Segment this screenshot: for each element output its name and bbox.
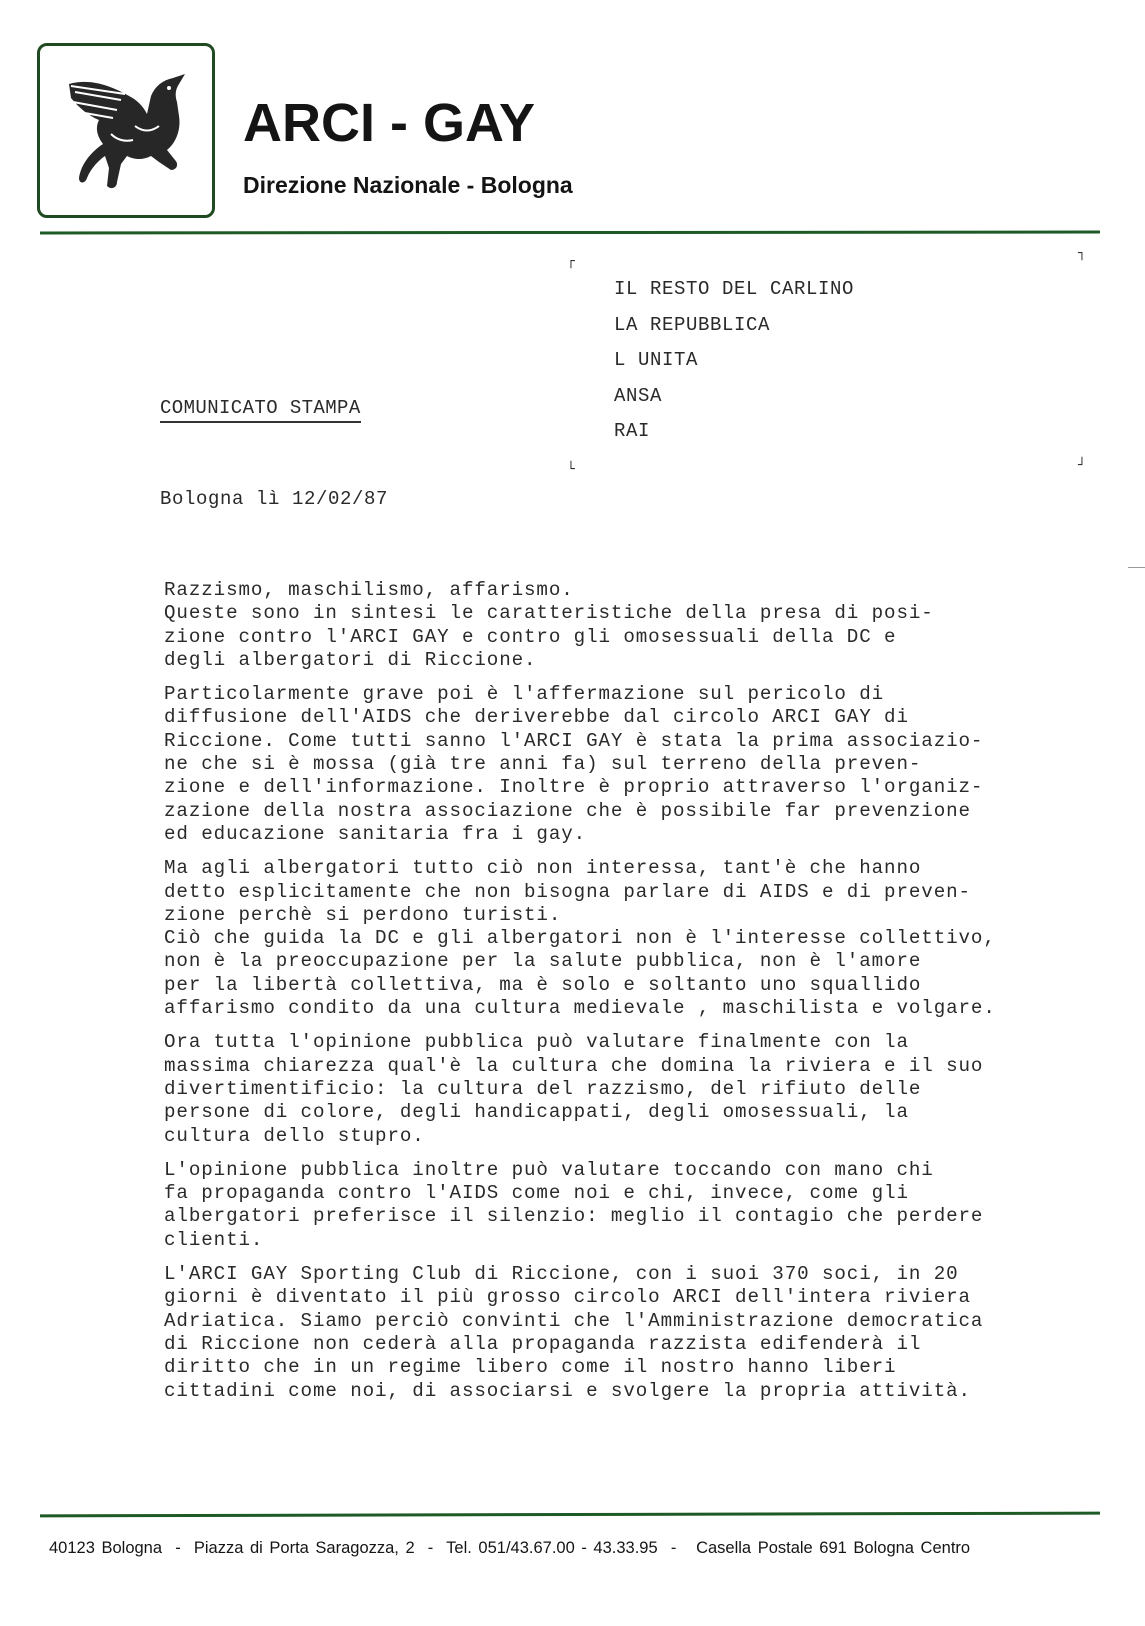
address-window-corner-top-right: ┐ bbox=[1078, 246, 1086, 261]
place-date: Bologna lì 12/02/87 bbox=[160, 488, 388, 510]
organization-subtitle: Direzione Nazionale - Bologna bbox=[243, 174, 573, 197]
body-line: Razzismo, maschilismo, affarismo. bbox=[164, 579, 1124, 602]
address-window-corner-top-left: ┌ bbox=[567, 254, 575, 269]
recipient: L UNITA bbox=[614, 343, 854, 379]
body-paragraph: L'ARCI GAY Sporting Club di Riccione, co… bbox=[164, 1263, 1124, 1403]
body-line: di Riccione non cederà alla propaganda r… bbox=[164, 1333, 1124, 1356]
body-line: non è la preoccupazione per la salute pu… bbox=[164, 950, 1124, 973]
body-line: divertimentificio: la cultura del razzis… bbox=[164, 1078, 1124, 1101]
body-line: detto esplicitamente che non bisogna par… bbox=[164, 881, 1124, 904]
body-line: zione contro l'ARCI GAY e contro gli omo… bbox=[164, 626, 1124, 649]
body-text: Razzismo, maschilismo, affarismo.Queste … bbox=[164, 579, 1124, 1414]
body-line: degli albergatori di Riccione. bbox=[164, 649, 1124, 672]
margin-mark bbox=[1128, 567, 1145, 568]
body-paragraph: Razzismo, maschilismo, affarismo.Queste … bbox=[164, 579, 1124, 672]
body-line: Ma agli albergatori tutto ciò non intere… bbox=[164, 857, 1124, 880]
recipient: IL RESTO DEL CARLINO bbox=[614, 272, 854, 308]
footer-address: 40123 Bologna - Piazza di Porta Saragozz… bbox=[49, 1539, 970, 1558]
body-line: zione e dell'informazione. Inoltre è pro… bbox=[164, 776, 1124, 799]
recipient: ANSA bbox=[614, 379, 854, 415]
body-line: ed educazione sanitaria fra i gay. bbox=[164, 823, 1124, 846]
body-line: clienti. bbox=[164, 1229, 1124, 1252]
body-line: Queste sono in sintesi le caratteristich… bbox=[164, 602, 1124, 625]
address-window-corner-bottom-right: ┘ bbox=[1078, 458, 1086, 473]
body-line: L'opinione pubblica inoltre può valutare… bbox=[164, 1159, 1124, 1182]
header-divider bbox=[40, 231, 1100, 235]
body-line: zione perchè si perdono turisti. bbox=[164, 904, 1124, 927]
body-line: albergatori preferisce il silenzio: megl… bbox=[164, 1205, 1124, 1228]
body-line: fa propaganda contro l'AIDS come noi e c… bbox=[164, 1182, 1124, 1205]
recipient-list: IL RESTO DEL CARLINO LA REPUBBLICA L UNI… bbox=[614, 272, 854, 450]
body-line: massima chiarezza qual'è la cultura che … bbox=[164, 1055, 1124, 1078]
body-paragraph: Ora tutta l'opinione pubblica può valuta… bbox=[164, 1031, 1124, 1147]
body-paragraph: Particolarmente grave poi è l'affermazio… bbox=[164, 683, 1124, 846]
address-window-corner-bottom-left: └ bbox=[567, 462, 575, 477]
body-line: Particolarmente grave poi è l'affermazio… bbox=[164, 683, 1124, 706]
body-paragraph: L'opinione pubblica inoltre può valutare… bbox=[164, 1159, 1124, 1252]
footer-divider bbox=[40, 1512, 1100, 1518]
body-line: Ora tutta l'opinione pubblica può valuta… bbox=[164, 1031, 1124, 1054]
body-line: affarismo condito da una cultura medieva… bbox=[164, 997, 1124, 1020]
press-release-title: COMUNICATO STAMPA bbox=[160, 397, 361, 423]
body-line: zazione della nostra associazione che è … bbox=[164, 800, 1124, 823]
body-line: Riccione. Come tutti sanno l'ARCI GAY è … bbox=[164, 730, 1124, 753]
winged-horse-pegasus-icon bbox=[51, 56, 201, 206]
body-line: L'ARCI GAY Sporting Club di Riccione, co… bbox=[164, 1263, 1124, 1286]
recipient: RAI bbox=[614, 414, 854, 450]
body-line: cultura dello stupro. bbox=[164, 1125, 1124, 1148]
organization-name: ARCI - GAY bbox=[243, 96, 535, 150]
body-line: per la libertà collettiva, ma è solo e s… bbox=[164, 974, 1124, 997]
logo bbox=[37, 43, 215, 218]
body-line: Adriatica. Siamo perciò convinti che l'A… bbox=[164, 1310, 1124, 1333]
body-line: persone di colore, degli handicappati, d… bbox=[164, 1101, 1124, 1124]
body-line: ne che si è mossa (già tre anni fa) sul … bbox=[164, 753, 1124, 776]
body-line: diffusione dell'AIDS che deriverebbe dal… bbox=[164, 706, 1124, 729]
recipient: LA REPUBBLICA bbox=[614, 308, 854, 344]
body-line: Ciò che guida la DC e gli albergatori no… bbox=[164, 927, 1124, 950]
body-line: giorni è diventato il più grosso circolo… bbox=[164, 1286, 1124, 1309]
body-line: cittadini come noi, di associarsi e svol… bbox=[164, 1380, 1124, 1403]
body-line: diritto che in un regime libero come il … bbox=[164, 1356, 1124, 1379]
body-paragraph: Ma agli albergatori tutto ciò non intere… bbox=[164, 857, 1124, 1020]
